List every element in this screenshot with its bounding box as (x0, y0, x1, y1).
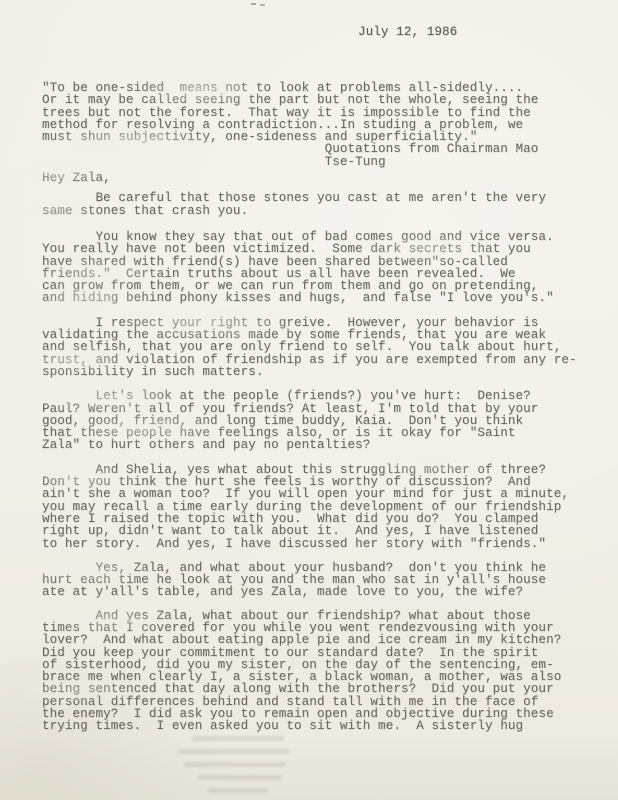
paragraph-husband: Yes, Zala, and what about your husband? … (42, 562, 604, 599)
paragraph-grieve: I respect your right to greive. However,… (42, 317, 604, 378)
bleed-through-smudge (150, 736, 310, 798)
bleed-line (184, 762, 286, 767)
bleed-line (178, 749, 290, 754)
mao-quotation: "To be one-sided means not to look at pr… (42, 82, 604, 168)
bleed-line (198, 775, 282, 780)
bleed-line (208, 788, 268, 793)
paragraph-secrets: You know they say that out of bad comes … (42, 231, 604, 305)
paragraph-shelia: And Shelia, yes what about this struggli… (42, 464, 604, 550)
salutation: Hey Zala, (42, 172, 604, 184)
bleed-line (192, 736, 284, 741)
paragraph-people-hurt: Let's look at the people (friends?) you'… (42, 390, 604, 451)
paragraph-stones: Be careful that those stones you cast at… (42, 192, 604, 217)
letter-page: July 12, 1986 "To be one-sided means not… (0, 0, 618, 800)
paragraph-friendship: And yes Zala, what about our friendship?… (42, 610, 604, 733)
smudge-mark (251, 3, 256, 5)
date-line: July 12, 1986 (358, 26, 457, 38)
letter-body: "To be one-sided means not to look at pr… (42, 82, 604, 733)
